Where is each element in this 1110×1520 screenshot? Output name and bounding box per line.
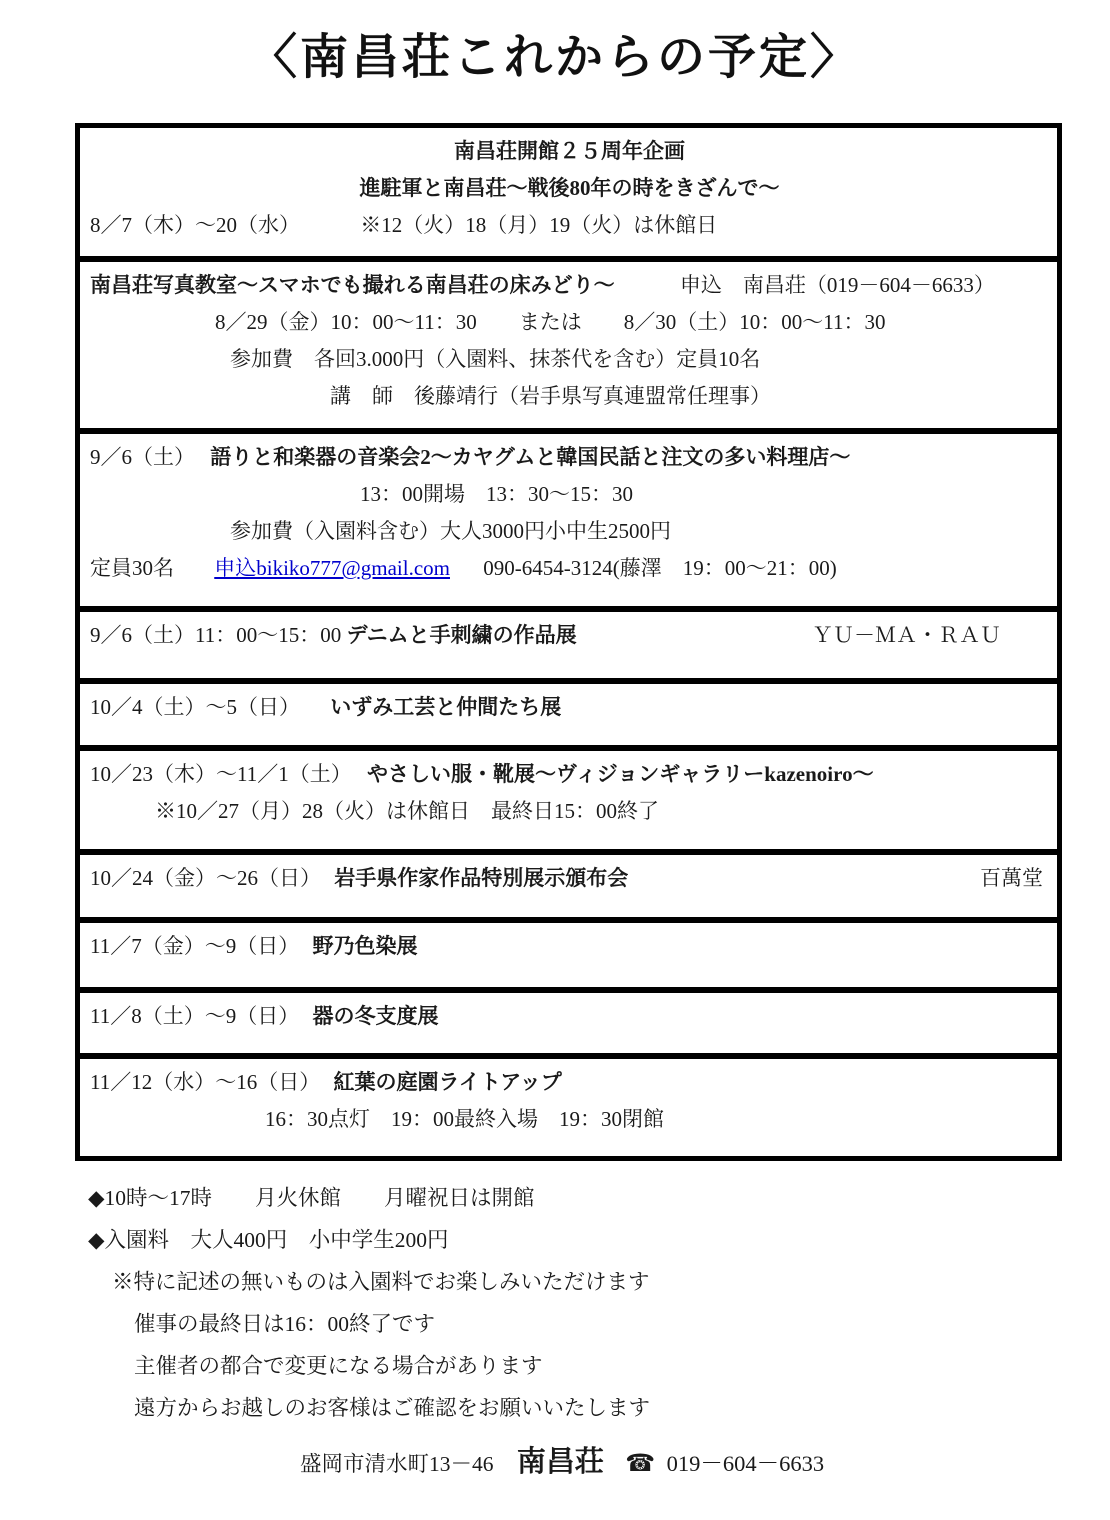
nonoiro-line: 11／7（金）～9（日） 野乃色染展 (90, 928, 1049, 965)
izumi-kogei-date: 10／4（土）～5（日） (90, 695, 300, 719)
event-row-utsuwa: 11／8（土）～9（日） 器の冬支度展 (80, 993, 1057, 1059)
anniversary-closed-note: ※12（火）18（月）19（火）は休館日 (360, 213, 717, 237)
utsuwa-line: 11／8（土）～9（日） 器の冬支度展 (90, 998, 1049, 1035)
iwate-artists-line: 10／24（金）～26（日） 岩手県作家作品特別展示頒布会 百萬堂 (90, 860, 1049, 897)
footer-phone-number: 019－604－6633 (667, 1451, 825, 1476)
page-title: 〈南昌荘これからの予定〉 (0, 18, 1110, 87)
iwate-artists-date: 10／24（金）～26（日） (90, 866, 321, 890)
izumi-kogei-line: 10／4（土）～5（日） いずみ工芸と仲間たち展 (90, 689, 1049, 726)
clothes-shoes-date: 10／23（木）～11／1（土） (90, 762, 352, 786)
photo-class-schedule: 8／29（金）10：00～11：30 または 8／30（土）10：00～11：3… (90, 304, 1049, 341)
photo-class-fee: 参加費 各回3.000円（入園料、抹茶代を含む）定員10名 (90, 341, 1049, 378)
footer-note-general: ※特に記述の無いものは入園料でお楽しみいただけます (88, 1261, 1110, 1303)
event-schedule-table: 南昌荘開館２５周年企画 進駐軍と南昌荘～戦後80年の時をきざんで～ 8／7（木）… (75, 123, 1062, 1161)
utsuwa-date: 11／8（土）～9（日） (90, 1004, 299, 1028)
anniversary-date: 8／7（木）～20（水） (90, 213, 300, 237)
footer-hours: ◆10時～17時 月火休館 月曜祝日は開館 (88, 1177, 1110, 1219)
photo-class-apply: 申込 南昌荘（019－604－6633） (680, 273, 995, 297)
clothes-shoes-closed-note: ※10／27（月）28（火）は休館日 最終日15：00終了 (90, 793, 1049, 830)
telephone-icon: ☎ (625, 1451, 655, 1477)
event-row-izumi-kogei: 10／4（土）～5（日） いずみ工芸と仲間たち展 (80, 684, 1057, 751)
footer-notes: ◆10時～17時 月火休館 月曜祝日は開館 ◆入園料 大人400円 小中学生20… (88, 1177, 1110, 1485)
clothes-shoes-title-line: 10／23（木）～11／1（土） やさしい服・靴展～ヴィジョンギャラリーkaze… (90, 756, 1049, 793)
footer-address: 盛岡市清水町13－46 (300, 1452, 494, 1476)
event-row-nonoiro: 11／7（金）～9（日） 野乃色染展 (80, 923, 1057, 993)
music-concert-title: 語りと和楽器の音楽会2～カヤグムと韓国民話と注文の多い料理店～ (210, 445, 850, 469)
footer-address-line: 盛岡市清水町13－46 南昌荘 ☎ 019－604－6633 (88, 1441, 1110, 1485)
lightup-time: 16：30点灯 19：00最終入場 19：30閉館 (90, 1101, 1049, 1138)
music-concert-phone: 090-6454-3124(藤澤 19：00～21：00) (483, 556, 836, 580)
event-row-music-concert: 9／6（土） 語りと和楽器の音楽会2～カヤグムと韓国民話と注文の多い料理店～ 1… (80, 434, 1057, 612)
music-concert-fee: 参加費（入園料含む）大人3000円小中生2500円 (90, 513, 1049, 550)
denim-exhibit-title: デニムと手刺繍の作品展 (346, 623, 576, 647)
event-row-photo-class: 南昌荘写真教室～スマホでも撮れる南昌荘の床みどり～ 申込 南昌荘（019－604… (80, 262, 1057, 434)
music-concert-contact-line: 定員30名 申込bikiko777@gmail.com 090-6454-312… (90, 550, 1049, 587)
event-row-clothes-shoes: 10／23（木）～11／1（土） やさしい服・靴展～ヴィジョンギャラリーkaze… (80, 751, 1057, 855)
footer-admission: ◆入園料 大人400円 小中学生200円 (88, 1219, 1110, 1261)
music-concert-time: 13：00開場 13：30～15：30 (90, 476, 1049, 513)
lightup-date: 11／12（水）～16（日） (90, 1070, 320, 1094)
footer-note-changes: 主催者の都合で変更になる場合があります (88, 1345, 1110, 1387)
music-concert-title-line: 9／6（土） 語りと和楽器の音楽会2～カヤグムと韓国民話と注文の多い料理店～ (90, 439, 1049, 476)
music-concert-capacity: 定員30名 (90, 556, 174, 580)
anniversary-subheading: 進駐軍と南昌荘～戦後80年の時をきざんで～ (90, 170, 1049, 207)
denim-exhibit-date: 9／6（土）11：00～15：00 (90, 623, 341, 647)
izumi-kogei-title: いずみ工芸と仲間たち展 (330, 695, 561, 719)
footer-note-lastday: 催事の最終日は16：00終了です (88, 1303, 1110, 1345)
photo-class-title-line: 南昌荘写真教室～スマホでも撮れる南昌荘の床みどり～ 申込 南昌荘（019－604… (90, 267, 1049, 304)
event-row-lightup: 11／12（水）～16（日） 紅葉の庭園ライトアップ 16：30点灯 19：00… (80, 1059, 1057, 1156)
music-concert-email-link[interactable]: 申込bikiko777@gmail.com (214, 556, 450, 580)
photo-class-lecturer: 講 師 後藤靖行（岩手県写真連盟常任理事） (90, 378, 1049, 415)
nonoiro-title: 野乃色染展 (312, 934, 417, 958)
event-row-iwate-artists: 10／24（金）～26（日） 岩手県作家作品特別展示頒布会 百萬堂 (80, 855, 1057, 923)
event-row-anniversary: 南昌荘開館２５周年企画 進駐軍と南昌荘～戦後80年の時をきざんで～ 8／7（木）… (80, 128, 1057, 262)
lightup-title: 紅葉の庭園ライトアップ (333, 1070, 561, 1094)
music-concert-date: 9／6（土） (90, 445, 195, 469)
denim-exhibit-line: 9／6（土）11：00～15：00 デニムと手刺繍の作品展 ＹＵ－ＭＡ・ＲＡＵ (90, 617, 1049, 654)
photo-class-title: 南昌荘写真教室～スマホでも撮れる南昌荘の床みどり～ (90, 273, 615, 297)
iwate-artists-organizer: 百萬堂 (980, 860, 1043, 897)
iwate-artists-title: 岩手県作家作品特別展示頒布会 (334, 866, 628, 890)
footer-note-confirm: 遠方からお越しのお客様はご確認をお願いいたします (88, 1387, 1110, 1429)
denim-exhibit-organizer: ＹＵ－ＭＡ・ＲＡＵ (812, 617, 1001, 654)
anniversary-date-line: 8／7（木）～20（水） ※12（火）18（月）19（火）は休館日 (90, 207, 1049, 244)
utsuwa-title: 器の冬支度展 (312, 1004, 438, 1028)
facility-name: 南昌荘 (517, 1446, 604, 1478)
clothes-shoes-title: やさしい服・靴展～ヴィジョンギャラリーkazenoiro～ (367, 762, 874, 786)
event-row-denim-exhibit: 9／6（土）11：00～15：00 デニムと手刺繍の作品展 ＹＵ－ＭＡ・ＲＡＵ (80, 612, 1057, 684)
nonoiro-date: 11／7（金）～9（日） (90, 934, 299, 958)
lightup-title-line: 11／12（水）～16（日） 紅葉の庭園ライトアップ (90, 1064, 1049, 1101)
anniversary-heading: 南昌荘開館２５周年企画 (90, 133, 1049, 170)
